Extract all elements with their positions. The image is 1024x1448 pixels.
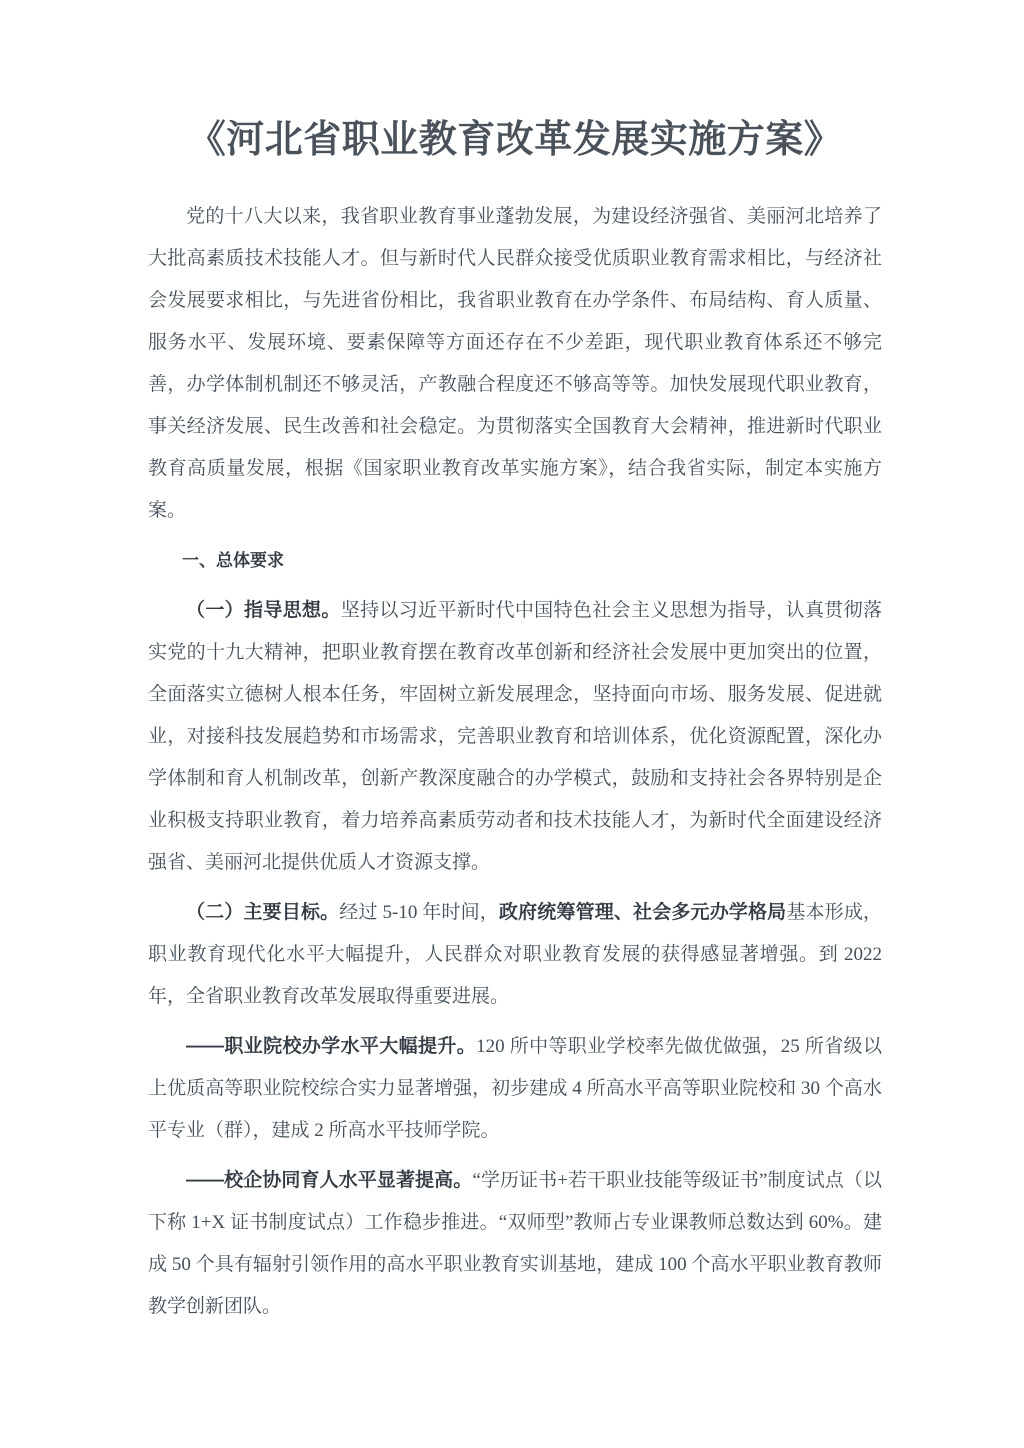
text-segment: “学历证书+若干职业技能等级证书”制度试点（以下称 1+X 证书制度试点）工作稳… xyxy=(148,1170,882,1317)
section-1-heading: 一、总体要求 xyxy=(148,540,882,582)
text-segment: 经过 5-10 年时间， xyxy=(339,902,499,923)
guiding-ideology-paragraph: （一）指导思想。坚持以习近平新时代中国特色社会主义思想为指导，认真贯彻落实党的十… xyxy=(148,590,882,884)
text-segment: 坚持以习近平新时代中国特色社会主义思想为指导，认真贯彻落实党的十九大精神，把职业… xyxy=(148,600,882,873)
text-segment: 党的十八大以来，我省职业教育事业蓬勃发展，为建设经济强省、美丽河北培养了大批高素… xyxy=(148,206,882,521)
intro-paragraph: 党的十八大以来，我省职业教育事业蓬勃发展，为建设经济强省、美丽河北培养了大批高素… xyxy=(148,196,882,532)
document-body: 党的十八大以来，我省职业教育事业蓬勃发展，为建设经济强省、美丽河北培养了大批高素… xyxy=(148,196,882,1328)
text-segment: （二）主要目标。 xyxy=(186,902,339,923)
text-segment: （一）指导思想。 xyxy=(186,600,341,621)
school-enterprise-paragraph: ——校企协同育人水平显著提高。“学历证书+若干职业技能等级证书”制度试点（以下称… xyxy=(148,1160,882,1328)
text-segment: ——职业院校办学水平大幅提升。 xyxy=(186,1036,476,1057)
document-page: 《河北省职业教育改革发展实施方案》 党的十八大以来，我省职业教育事业蓬勃发展，为… xyxy=(0,0,1024,1448)
text-segment: ——校企协同育人水平显著提高。 xyxy=(186,1170,472,1191)
text-segment: 一、总体要求 xyxy=(182,551,284,570)
vocational-schools-paragraph: ——职业院校办学水平大幅提升。120 所中等职业学校率先做优做强，25 所省级以… xyxy=(148,1026,882,1152)
text-segment: 政府统筹管理、社会多元办学格局 xyxy=(499,902,786,923)
document-title: 《河北省职业教育改革发展实施方案》 xyxy=(148,112,882,168)
main-goals-paragraph: （二）主要目标。经过 5-10 年时间，政府统筹管理、社会多元办学格局基本形成，… xyxy=(148,892,882,1018)
